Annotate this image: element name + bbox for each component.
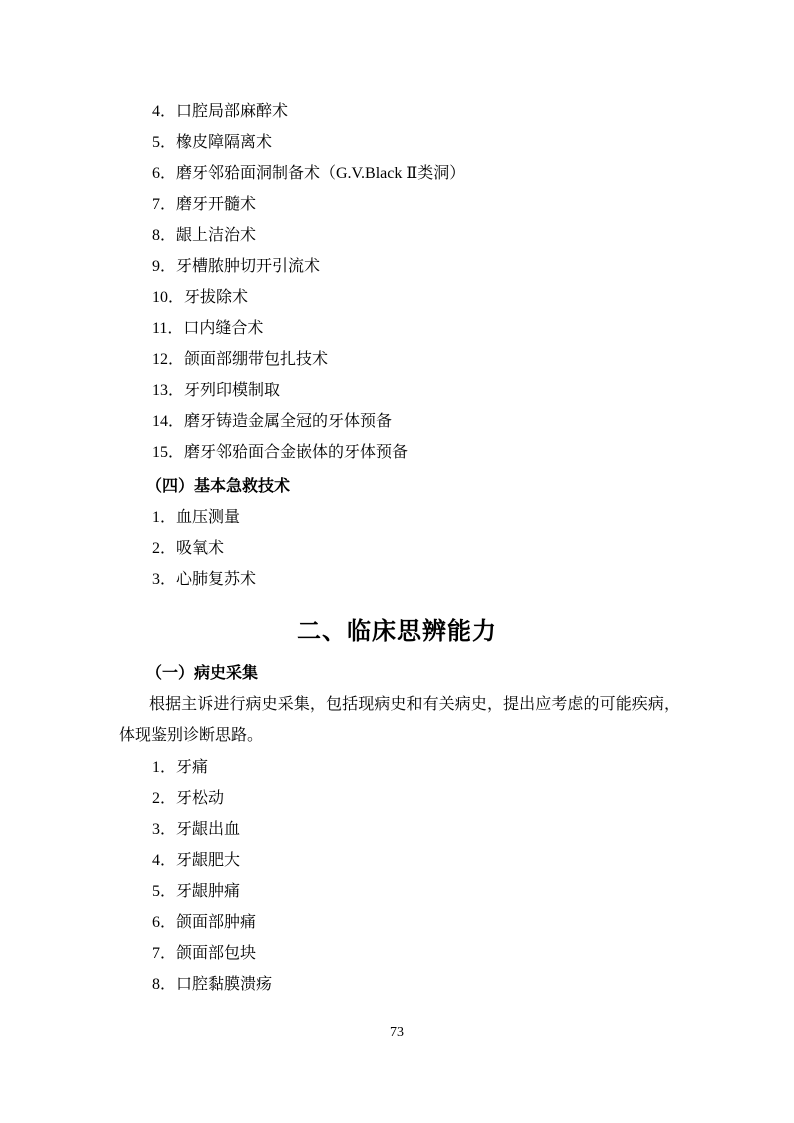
chapter-heading: 二、临床思辨能力 xyxy=(0,613,794,651)
list-item: 3．牙龈出血 xyxy=(119,814,680,845)
history-complaint-list: 1．牙痛 2．牙松动 3．牙龈出血 4．牙龈肥大 5．牙龈肿痛 6．颌面部肿痛 … xyxy=(119,752,680,1000)
list-item: 1．牙痛 xyxy=(119,752,680,783)
list-item: 4．口腔局部麻醉术 xyxy=(119,96,680,127)
clinical-skills-list: 4．口腔局部麻醉术 5．橡皮障隔离术 6．磨牙邻𬌗面洞制备术（G.V.Black… xyxy=(119,96,680,468)
intro-paragraph: 根据主诉进行病史采集，包括现病史和有关病史，提出应考虑的可能疾病，体现鉴别诊断思… xyxy=(119,689,680,751)
list-item: 2．吸氧术 xyxy=(119,533,680,564)
list-item: 2．牙松动 xyxy=(119,783,680,814)
list-item: 8．龈上洁治术 xyxy=(119,220,680,251)
list-item: 3．心肺复苏术 xyxy=(119,564,680,595)
list-item: 13．牙列印模制取 xyxy=(119,375,680,406)
list-item: 4．牙龈肥大 xyxy=(119,845,680,876)
list-item: 11．口内缝合术 xyxy=(119,313,680,344)
section-heading: （一）病史采集 xyxy=(119,658,680,689)
list-item: 6．磨牙邻𬌗面洞制备术（G.V.Black Ⅱ类洞） xyxy=(119,158,680,189)
list-item: 14．磨牙铸造金属全冠的牙体预备 xyxy=(119,406,680,437)
list-item: 7．磨牙开髓术 xyxy=(119,189,680,220)
section-basic-emergency: （四）基本急救技术 1．血压测量 2．吸氧术 3．心肺复苏术 xyxy=(119,471,680,595)
list-item: 9．牙槽脓肿切开引流术 xyxy=(119,251,680,282)
list-item: 12．颌面部绷带包扎技术 xyxy=(119,344,680,375)
list-item: 6．颌面部肿痛 xyxy=(119,907,680,938)
list-item: 7．颌面部包块 xyxy=(119,938,680,969)
list-item: 1．血压测量 xyxy=(119,502,680,533)
section-history-taking: （一）病史采集 xyxy=(119,658,680,689)
section-heading: （四）基本急救技术 xyxy=(119,471,680,502)
page-number: 73 xyxy=(0,1023,794,1043)
list-item: 5．牙龈肿痛 xyxy=(119,876,680,907)
list-item: 15．磨牙邻𬌗面合金嵌体的牙体预备 xyxy=(119,437,680,468)
list-item: 5．橡皮障隔离术 xyxy=(119,127,680,158)
list-item: 10．牙拔除术 xyxy=(119,282,680,313)
document-page: 4．口腔局部麻醉术 5．橡皮障隔离术 6．磨牙邻𬌗面洞制备术（G.V.Black… xyxy=(0,0,794,1123)
list-item: 8．口腔黏膜溃疡 xyxy=(119,969,680,1000)
